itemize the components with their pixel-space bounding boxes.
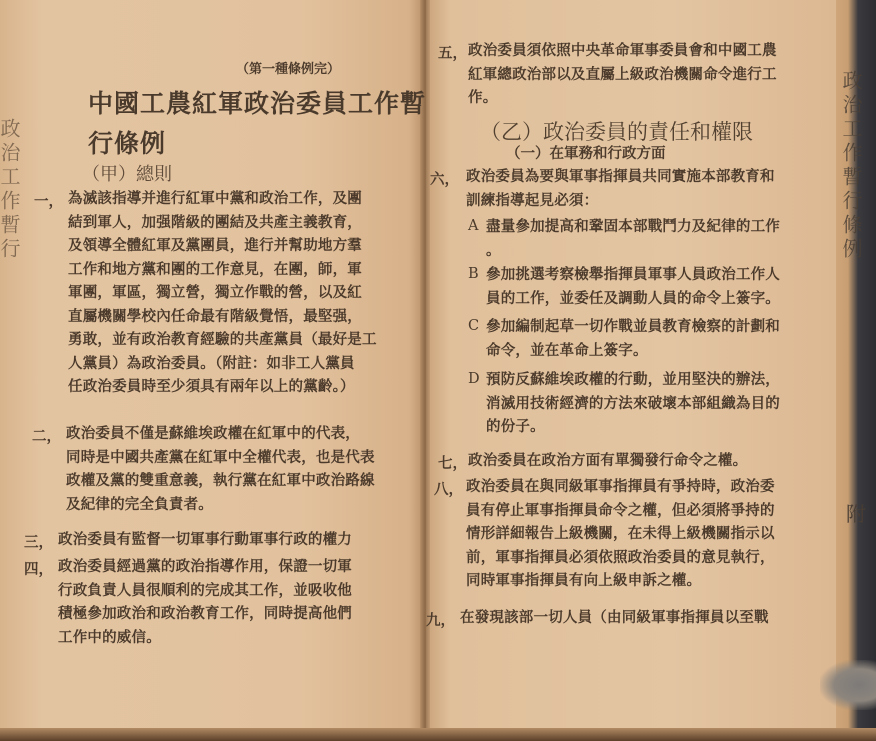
document-title-line2: 行條例 — [88, 124, 166, 160]
article-9-text: 在發現該部一切人員（由同級軍事指揮員以至戰 — [460, 606, 769, 630]
article-number: 四， — [24, 558, 53, 579]
article-6-item-c: 參加編制起草一切作戰並員教育檢察的計劃和 命令，並在革命上簽字。 — [486, 315, 780, 362]
article-number: 三， — [24, 531, 53, 552]
article-1-text: 為滅該指導并進行紅軍中黨和政治工作，及團 結到軍人，加强階級的團結及共產主義教育… — [68, 187, 377, 399]
article-7-text: 政治委員在政治方面有單獨發行命令之權。 — [468, 449, 747, 473]
article-number: 八， — [434, 478, 463, 499]
section-military-admin-subheading: （一）在軍務和行政方面 — [506, 142, 666, 163]
article-6-item-d: 預防反蘇維埃政權的行動，並用堅決的辦法， 消滅用技術經濟的方法來破壞本部組織為目… — [486, 368, 780, 439]
article-4-text: 政治委員經過黨的政治指導作用，保證一切軍 行政負責人員很順利的完成其工作，並吸收… — [58, 555, 352, 649]
article-number: 二， — [32, 425, 61, 446]
article-3-text: 政治委員有監督一切軍事行動軍事行政的權力 — [58, 528, 352, 552]
item-mark: C — [468, 318, 479, 334]
right-margin-lower-text: 附 — [846, 498, 866, 527]
series-note: （第一種條例完） — [236, 58, 340, 77]
right-margin-text: 政治工作暫行條例 — [844, 70, 866, 262]
document-title-line1: 中國工農紅軍政治委員工作暫 — [88, 84, 426, 120]
article-6-item-b: 參加挑選考察檢舉指揮員軍事人員政治工作人 員的工作，並委任及調動人員的命令上簽字… — [486, 263, 780, 310]
article-number: 一， — [34, 190, 63, 211]
article-number: 五， — [438, 42, 467, 63]
item-mark: B — [468, 266, 479, 282]
article-2-text: 政治委員不僅是蘇維埃政權在紅軍中的代表， 同時是中國共產黨在紅軍中全權代表，也是… — [66, 422, 375, 516]
article-number: 九， — [426, 609, 455, 630]
ink-stain — [820, 660, 876, 710]
item-mark: A — [468, 218, 478, 234]
article-8-text: 政治委員在與同級軍事指揮員有爭持時，政治委 員有停止軍事指揮員命令之權，但必須將… — [466, 475, 775, 593]
article-5-text: 政治委員須依照中央革命軍事委員會和中國工農 紅軍總政治部以及直屬上級政治機關命令… — [468, 39, 777, 110]
section-general-heading: （甲）總則 — [82, 160, 172, 186]
article-6-text: 政治委員為要與軍事指揮員共同實施本部教育和 訓練指導起見必須： — [466, 165, 775, 212]
article-6-item-a: 盡量參加提高和鞏固本部戰鬥力及紀律的工作 。 — [486, 215, 780, 262]
item-mark: D — [468, 371, 480, 387]
left-margin-text: 政治工作暫行 — [2, 118, 24, 262]
article-number: 六， — [430, 168, 459, 189]
article-number: 七， — [438, 452, 467, 473]
book-bottom-edge — [0, 728, 876, 741]
